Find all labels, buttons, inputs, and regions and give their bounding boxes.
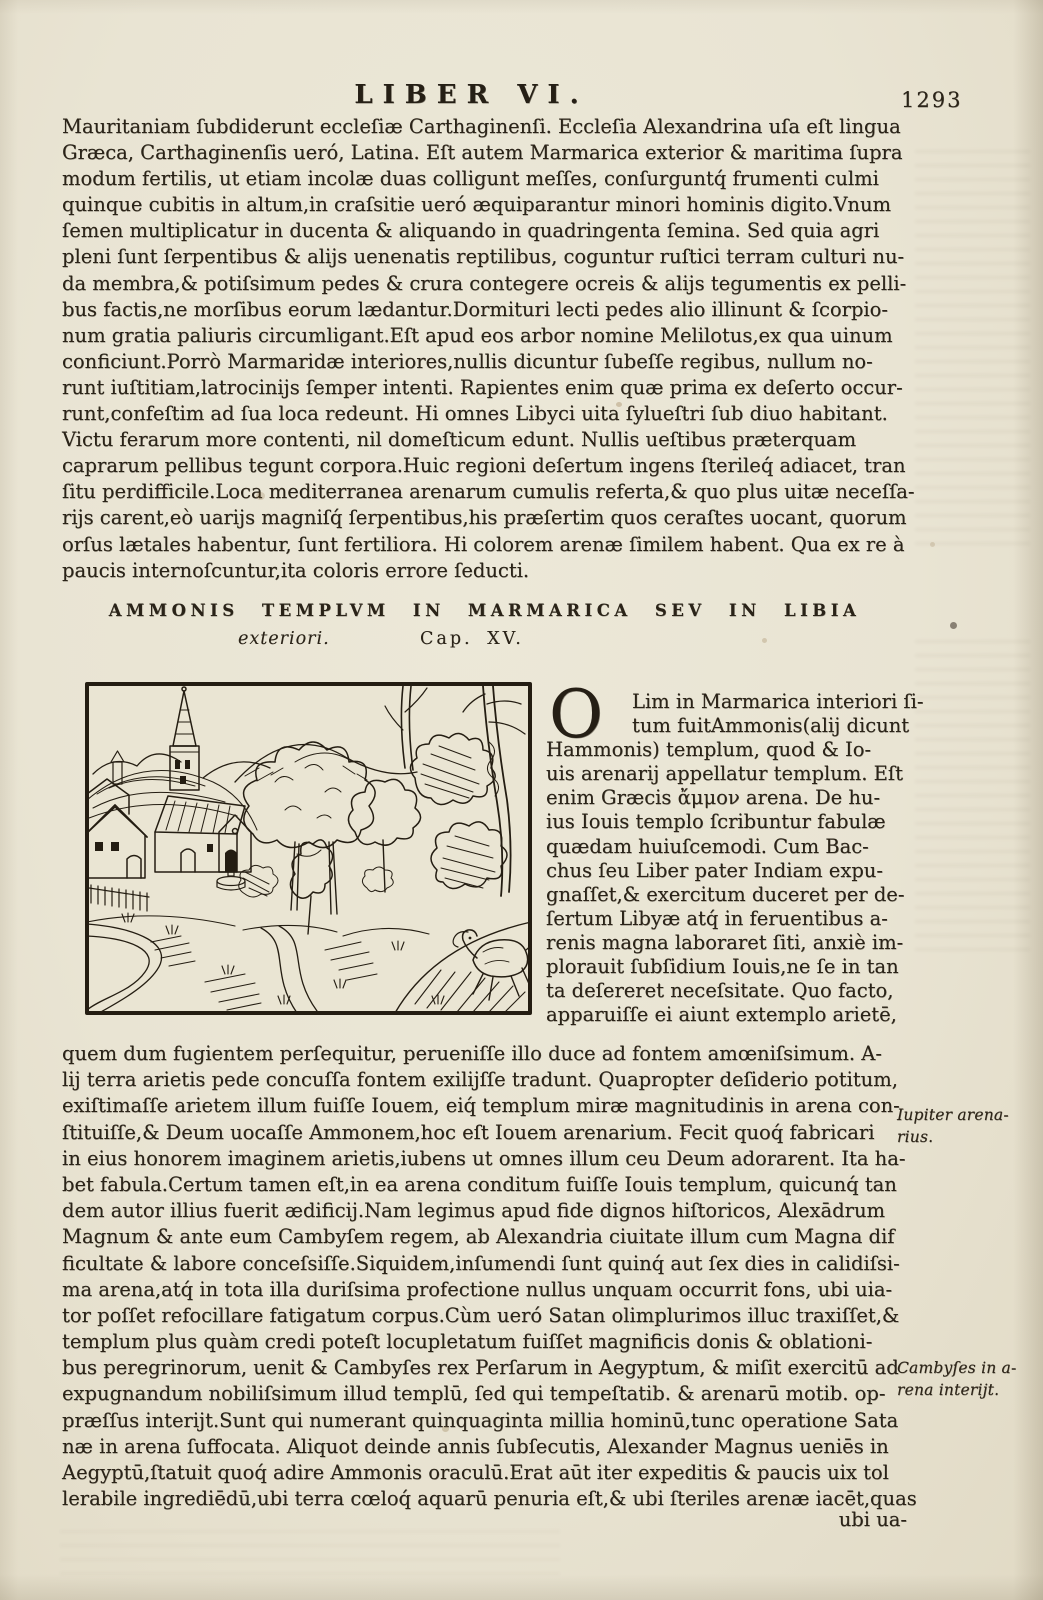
- margin-note-line: rius.: [897, 1126, 1043, 1148]
- woodcut-frame: [87, 684, 530, 1013]
- text-line: enim Græcis ἄμμον arena. De hu-: [546, 786, 908, 810]
- text-line: Hammonis) templum, quod & Io-: [546, 738, 908, 762]
- text-line: expugnandum nobiliſsimum illud templū, ſ…: [62, 1381, 907, 1407]
- bleed-through: [915, 640, 1030, 960]
- margin-note-iupiter: Iupiter arena- rius.: [897, 1104, 1043, 1148]
- text-line: tor poſſet refocillare fatigatum corpus.…: [62, 1303, 907, 1329]
- text-line: bus factis,ne morſibus eorum lædantur.Do…: [62, 297, 907, 323]
- text-line: caprarum pellibus tegunt corpora.Huic re…: [62, 453, 907, 479]
- text-line: bus peregrinorum, uenit & Cambyſes rex P…: [62, 1355, 907, 1381]
- text-line: Magnum & ante eum Cambyſem regem, ab Ale…: [62, 1224, 907, 1250]
- book-page: LIBER VI. 1293 Mauritaniam ſubdiderunt e…: [0, 0, 1043, 1600]
- chapter-number: Cap. XV.: [420, 629, 524, 649]
- foxing-spot: [950, 622, 957, 629]
- text-line: orſus lætales habentur, ſunt fertiliora.…: [62, 532, 907, 558]
- foxing-spot: [442, 1426, 449, 1432]
- foxing-spot: [256, 492, 265, 500]
- text-line: Lim in Marmarica interiori ſi-: [546, 690, 908, 714]
- catchword: ubi ua-: [700, 1508, 907, 1531]
- text-line: quinque cubitis in altum,in craſsitie ue…: [62, 192, 907, 218]
- text-line: Aegyptū,ſtatuit quoq́ adire Ammonis orac…: [62, 1460, 907, 1486]
- text-line: exiſtimaſſe arietem illum fuiſſe Iouem, …: [62, 1093, 907, 1119]
- text-line: paucis internoſcuntur,ita coloris errore…: [62, 558, 907, 584]
- woodcut-svg: [85, 682, 532, 1015]
- text-line: Mauritaniam ſubdiderunt eccleſiæ Carthag…: [62, 114, 907, 140]
- text-line: quædam huiuſcemodi. Cum Bac-: [546, 835, 908, 859]
- text-line: chus ſeu Liber pater Indiam expu-: [546, 859, 908, 883]
- text-line: pleni ſunt ſerpentibus & alijs uenenatis…: [62, 244, 907, 270]
- running-head: LIBER VI.: [299, 80, 644, 110]
- bleed-through: [60, 1530, 560, 1580]
- text-line: ficultate & labore conceſsiſſe.Siquidem,…: [62, 1251, 907, 1277]
- text-line: præſſus interijt.Sunt qui numerant quinq…: [62, 1408, 907, 1434]
- text-line: conficiunt.Porrò Marmaridæ interiores,nu…: [62, 349, 907, 375]
- text-line: renis magna laboraret ſiti, anxiè im-: [546, 931, 908, 955]
- text-line: lij terra arietis pede concuſſa fontem e…: [62, 1067, 907, 1093]
- text-line: ſemen multiplicatur in ducenta & aliquan…: [62, 218, 907, 244]
- text-line: modum fertilis, ut etiam incolæ duas col…: [62, 166, 907, 192]
- text-line: dem autor illius fuerit ædificij.Nam leg…: [62, 1198, 907, 1224]
- text-line: rijs carent,eò uarijs magniſq́ ſerpentib…: [62, 505, 907, 531]
- text-line: bet fabula.Certum tamen eſt,in ea arena …: [62, 1172, 907, 1198]
- paragraph-bottom: quem dum fugientem perſequitur, perueniſ…: [62, 1041, 907, 1512]
- text-line: plorauit ſubſidium Iouis,ne ſe in tan: [546, 955, 908, 979]
- text-line: templum plus quàm credi poteſt locupleta…: [62, 1329, 907, 1355]
- text-line: ſtituiſſe,& Deum uocaſſe Ammonem,hoc eſt…: [62, 1120, 907, 1146]
- paragraph-top: Mauritaniam ſubdiderunt eccleſiæ Carthag…: [62, 114, 907, 584]
- text-line: ſertum Libyæ atq́ in feruentibus a-: [546, 907, 908, 931]
- margin-note-line: Cambyſes in a-: [897, 1357, 1043, 1379]
- text-line: ma arena,atq́ in tota illa duriſsima pro…: [62, 1277, 907, 1303]
- margin-note-line: Iupiter arena-: [897, 1104, 1043, 1126]
- foxing-spot: [762, 638, 767, 643]
- text-line: ius Iouis templo ſcribuntur fabulæ: [546, 810, 908, 834]
- text-line: ſitu perdifficile.Loca mediterranea aren…: [62, 479, 907, 505]
- bleed-through: [915, 150, 1030, 550]
- text-line: runt,confeſtim ad ſua loca redeunt. Hi o…: [62, 401, 907, 427]
- woodcut-illustration: [85, 682, 532, 1015]
- text-line: num gratia paliuris circumligant.Eſt apu…: [62, 323, 907, 349]
- text-line: ta deſereret neceſsitate. Quo facto,: [546, 979, 908, 1003]
- margin-note-line: rena interijt.: [897, 1379, 1043, 1401]
- text-line: in eius honorem imaginem arietis,iubens …: [62, 1146, 907, 1172]
- chapter-subtitle-left: exteriori.: [238, 629, 330, 649]
- page-number: 1293: [901, 88, 962, 112]
- chapter-subtitle: exteriori. Cap. XV.: [62, 629, 907, 653]
- text-line: apparuiſſe ei aiunt extemplo arietē,: [546, 1003, 908, 1027]
- text-line: da membra,& potiſsimum pedes & crura con…: [62, 271, 907, 297]
- margin-note-cambyses: Cambyſes in a- rena interijt.: [897, 1357, 1043, 1401]
- text-line: runt iuſtitiam,latrocinijs ſemper intent…: [62, 375, 907, 401]
- text-line: Victu ferarum more contenti, nil domeſti…: [62, 427, 907, 453]
- chapter-title: AMMONIS TEMPLVM IN MARMARICA SEV IN LIBI…: [62, 601, 907, 620]
- text-line: uis arenarij appellatur templum. Eſt: [546, 762, 908, 786]
- text-line: Græca, Carthaginenſis ueró, Latina. Eſt …: [62, 140, 907, 166]
- foxing-spot: [616, 402, 622, 407]
- paragraph-column: Lim in Marmarica interiori ſi-tum fuitAm…: [546, 690, 908, 1027]
- text-line: næ in arena ſuffocata. Aliquot deinde an…: [62, 1434, 907, 1460]
- text-line: quem dum fugientem perſequitur, perueniſ…: [62, 1041, 907, 1067]
- text-line: gnaſſet,& exercitum duceret per de-: [546, 883, 908, 907]
- text-line: tum fuitAmmonis(alij dicunt: [546, 714, 908, 738]
